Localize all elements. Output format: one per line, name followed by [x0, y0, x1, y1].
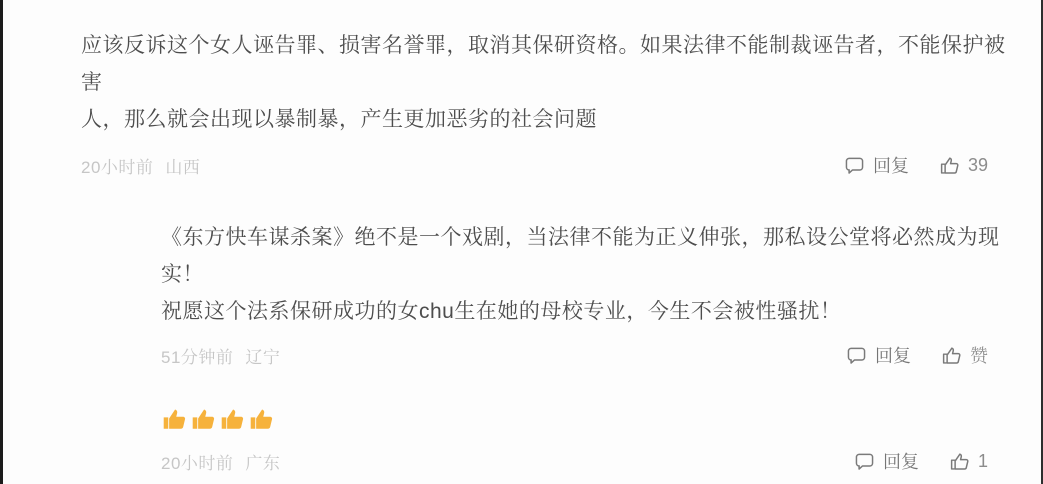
thumbs-up-emoji [190, 406, 216, 432]
reply-button[interactable]: 回复 [846, 342, 911, 368]
like-button[interactable]: 39 [939, 155, 988, 176]
reply-label: 回复 [883, 448, 919, 474]
like-button[interactable]: 1 [949, 451, 988, 472]
like-count: 39 [968, 155, 988, 176]
like-button[interactable]: 赞 [941, 342, 988, 368]
comment-text-line: 《东方快车谋杀案》绝不是一个戏剧，当法律不能为正义伸张，那私设公堂将必然成为现实… [161, 219, 1006, 293]
thumbs-up-icon [941, 345, 962, 366]
reply-label: 回复 [875, 342, 911, 368]
comment-meta-row: 20小时前山西 回复 39 [81, 152, 1006, 178]
comment-actions: 回复 赞 [846, 342, 988, 368]
speech-bubble-icon [844, 155, 865, 176]
comment-item: 应该反诉这个女人诬告罪、损害名誉罪，取消其保研资格。如果法律不能制裁诬告者，不能… [81, 27, 1006, 178]
reply-button[interactable]: 回复 [844, 152, 909, 178]
emoji-row [161, 404, 1006, 434]
comment-meta: 51分钟前辽宁 [161, 343, 280, 368]
comment-text: 《东方快车谋杀案》绝不是一个戏剧，当法律不能为正义伸张，那私设公堂将必然成为现实… [161, 219, 1006, 330]
comment-actions: 回复 1 [854, 448, 988, 474]
comment-text-line: 应该反诉这个女人诬告罪、损害名誉罪，取消其保研资格。如果法律不能制裁诬告者，不能… [81, 27, 1006, 101]
thumbs-up-emoji [248, 406, 274, 432]
comment-time: 20小时前 [161, 454, 233, 473]
comment-location: 广东 [245, 454, 280, 473]
like-count: 1 [978, 451, 988, 472]
comment-meta: 20小时前广东 [161, 449, 280, 474]
thumbs-up-icon [939, 155, 960, 176]
reply-comment-item: 20小时前广东 回复 1 [161, 404, 1006, 474]
comment-location: 山西 [165, 158, 200, 177]
comment-text: 应该反诉这个女人诬告罪、损害名誉罪，取消其保研资格。如果法律不能制裁诬告者，不能… [81, 27, 1006, 138]
comment-time: 51分钟前 [161, 348, 233, 367]
speech-bubble-icon [846, 345, 867, 366]
reply-button[interactable]: 回复 [854, 448, 919, 474]
comment-actions: 回复 39 [844, 152, 988, 178]
thumbs-up-emoji [161, 406, 187, 432]
thumbs-up-emoji [219, 406, 245, 432]
reply-label: 回复 [873, 152, 909, 178]
comment-text-line: 祝愿这个法系保研成功的女chu生在她的母校专业，今生不会被性骚扰！ [161, 293, 1006, 330]
comment-time: 20小时前 [81, 158, 153, 177]
reply-comment-item: 《东方快车谋杀案》绝不是一个戏剧，当法律不能为正义伸张，那私设公堂将必然成为现实… [161, 219, 1006, 368]
like-label: 赞 [970, 342, 988, 368]
comment-meta-row: 20小时前广东 回复 1 [161, 448, 1006, 474]
comment-meta-row: 51分钟前辽宁 回复 赞 [161, 342, 1006, 368]
speech-bubble-icon [854, 451, 875, 472]
thumbs-up-icon [949, 451, 970, 472]
comment-text-line: 人，那么就会出现以暴制暴，产生更加恶劣的社会问题 [81, 101, 1006, 138]
comment-meta: 20小时前山西 [81, 153, 200, 178]
comment-location: 辽宁 [245, 348, 280, 367]
comment-section: 应该反诉这个女人诬告罪、损害名誉罪，取消其保研资格。如果法律不能制裁诬告者，不能… [0, 0, 1043, 484]
